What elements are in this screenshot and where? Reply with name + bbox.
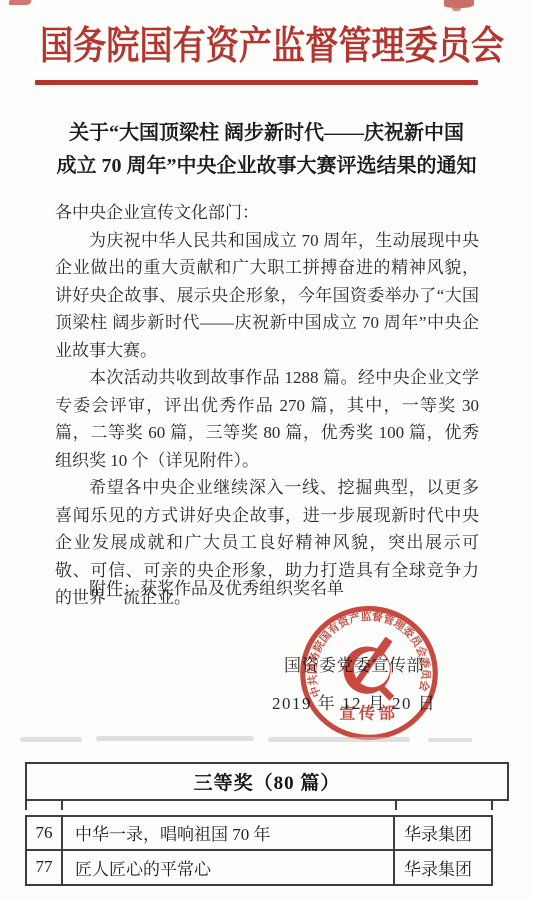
row-title-cell: 中华一录，唱响祖国 70 年 [63, 817, 395, 849]
scanned-notice-page: 国务院国有资产监督管理委员会 关于“大国顶梁柱 阔步新时代——庆祝新中国 成立 … [0, 0, 533, 899]
hammer-and-sickle-icon [343, 637, 394, 701]
attachment-line: 附件：获奖作品及优秀组织奖名单 [89, 574, 344, 599]
document-title-line2: 成立 70 周年”中央企业故事大赛评选结果的通知 [0, 150, 533, 183]
scan-artifact-top-left [8, 0, 31, 5]
table-row: 76 中华一录，唱响祖国 70 年 华录集团 [27, 817, 491, 851]
scan-artifact-streak [20, 737, 82, 742]
award-table-fragment: 76 中华一录，唱响祖国 70 年 华录集团 77 匠人匠心的平常心 华录集团 [25, 815, 493, 886]
salutation: 各中央企业宣传文化部门： [55, 199, 479, 227]
scan-artifact-streak [268, 737, 410, 742]
table-border-stub [61, 801, 63, 810]
scan-artifact-top-right [444, 0, 474, 8]
row-org-cell: 华录集团 [395, 817, 491, 849]
letterhead-rule [35, 80, 478, 85]
row-org-cell: 华录集团 [395, 851, 491, 885]
body-paragraph-2: 本次活动共收到故事作品 1288 篇。经中央企业文学专委会评审，评出优秀作品 2… [55, 364, 479, 474]
table-row: 77 匠人匠心的平常心 华录集团 [27, 851, 491, 885]
table-border-stub [395, 801, 397, 810]
scan-artifact-streak [96, 736, 254, 741]
body-paragraph-1: 为庆祝中华人民共和国成立 70 周年，生动展现中央企业做出的重大贡献和广大职工拼… [55, 227, 479, 365]
row-number-cell: 77 [27, 851, 63, 885]
table-border-stub [25, 801, 27, 810]
award-section-header: 三等奖（80 篇） [25, 762, 509, 801]
document-title: 关于“大国顶梁柱 阔步新时代——庆祝新中国 成立 70 周年”中央企业故事大赛评… [0, 117, 533, 183]
table-border-stub [491, 801, 493, 810]
scan-artifact-streak [428, 738, 472, 742]
seal-bottom-text: 宣传部 [339, 703, 399, 722]
scan-artifact-top-right-2 [452, 8, 461, 11]
row-title-cell: 匠人匠心的平常心 [63, 851, 395, 885]
document-body: 各中央企业宣传文化部门： 为庆祝中华人民共和国成立 70 周年，生动展现中央企业… [55, 199, 479, 612]
document-title-line1: 关于“大国顶梁柱 阔步新时代——庆祝新中国 [0, 117, 533, 150]
letterhead-org-name: 国务院国有资产监督管理委员会 [40, 22, 493, 72]
row-number-cell: 76 [27, 817, 63, 849]
official-red-seal: 中共国务院国有资产监督管理委员会委员会 宣传部 [298, 602, 440, 744]
